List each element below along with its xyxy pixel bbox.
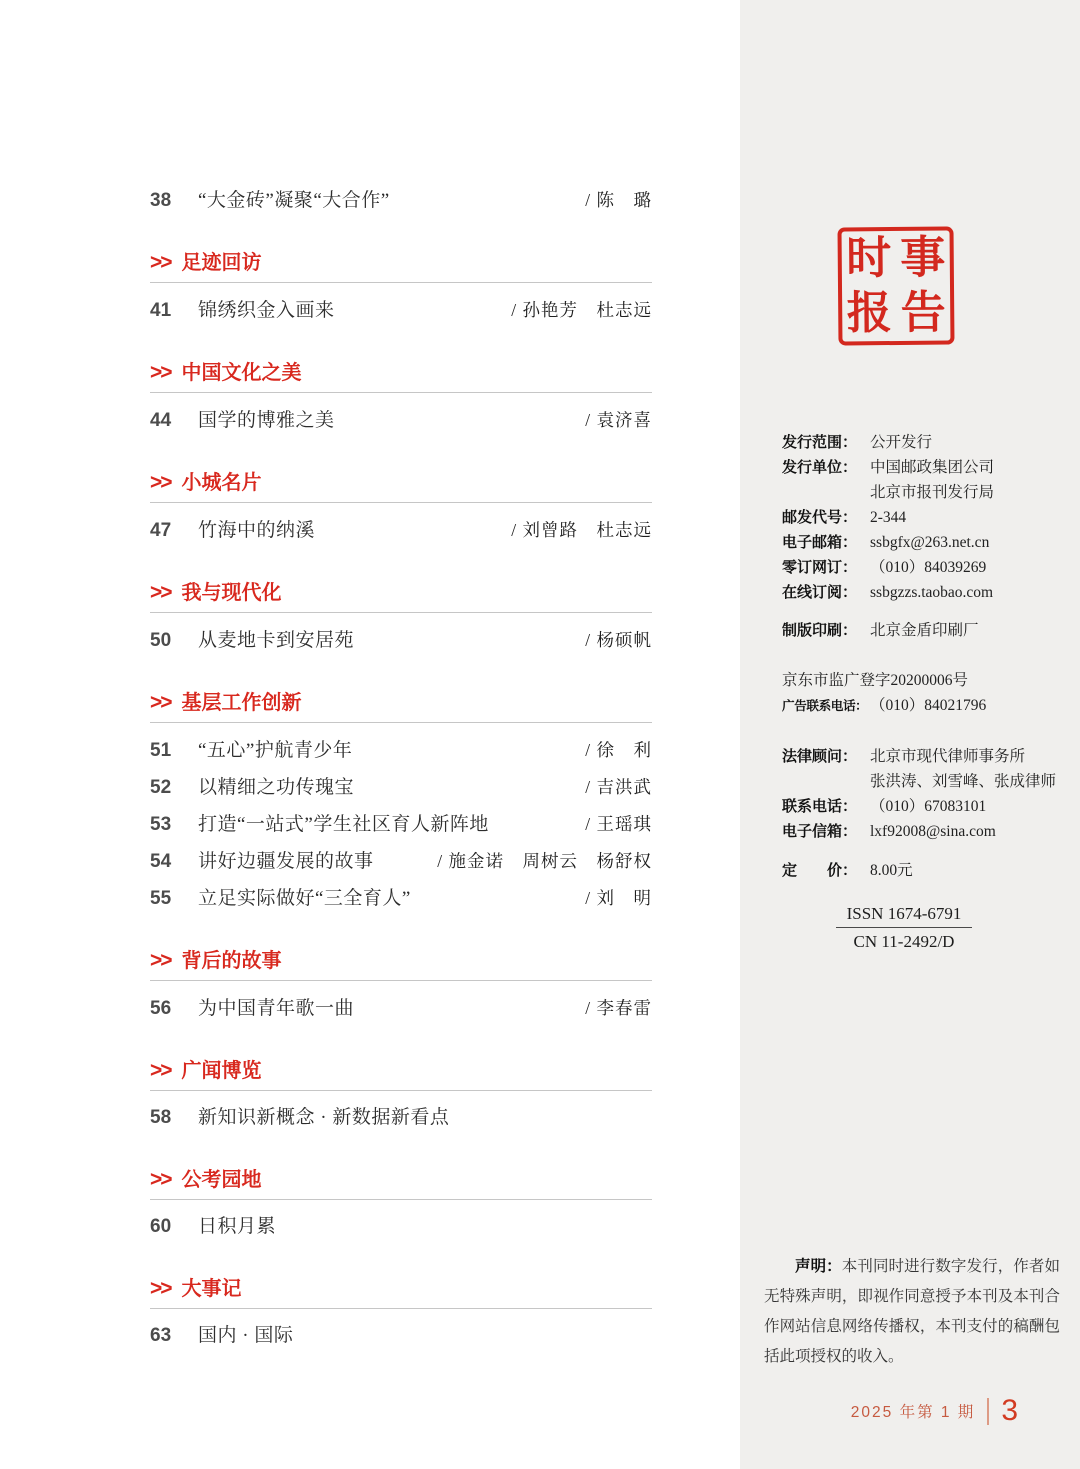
info-label: 在线订阅： <box>782 580 870 605</box>
info-value: 公开发行 <box>870 430 932 455</box>
magazine-toc-page: 38 “大金砖”凝聚“大合作” / 陈 璐 >> 足迹回访 41 锦绣织金入画来… <box>0 0 1080 1469</box>
masthead-panel: 时 事 报 告 发行范围： 公开发行 发行单位： 中国邮政集团公司 北京市报刊发… <box>740 0 1080 1469</box>
info-row: 京东市监广登字20200006号 <box>782 668 1062 693</box>
toc-entry: 63 国内 · 国际 <box>150 1325 652 1347</box>
section-divider <box>150 1199 652 1200</box>
seal-char: 告 <box>901 291 946 336</box>
entry-page-number: 58 <box>150 1107 198 1129</box>
entry-title: 为中国青年歌一曲 <box>198 998 585 1020</box>
section-divider <box>150 980 652 981</box>
section-divider <box>150 282 652 283</box>
info-row: 联系电话： （010）67083101 <box>782 794 1062 819</box>
seal-char: 报 <box>847 291 892 336</box>
info-row: 邮发代号： 2-344 <box>782 505 1062 530</box>
chevron-right-icon: >> <box>150 472 171 494</box>
copyright-statement: 声明：本刊同时进行数字发行，作者如无特殊声明，即视作同意授予本刊及本刊合作网站信… <box>764 1252 1060 1372</box>
entry-authors: / 王瑶琪 <box>585 813 652 835</box>
section-title: 大事记 <box>182 1278 242 1300</box>
entry-title: 国学的博雅之美 <box>198 410 585 432</box>
toc-entry: 47 竹海中的纳溪 / 刘曾路 杜志远 <box>150 519 652 542</box>
info-row: 零订网订： （010）84039269 <box>782 555 1062 580</box>
info-value: 2-344 <box>870 505 906 530</box>
section-divider <box>150 502 652 503</box>
chevron-right-icon: >> <box>150 1278 171 1300</box>
entry-authors: / 杨硕帆 <box>585 629 652 651</box>
toc-entry: 38 “大金砖”凝聚“大合作” / 陈 璐 <box>150 189 652 212</box>
toc-entry: 53 打造“一站式”学生社区育人新阵地 / 王瑶琪 <box>150 813 652 836</box>
entry-authors: / 李春雷 <box>585 997 652 1019</box>
toc-section: >> 中国文化之美 44 国学的博雅之美 / 袁济喜 <box>150 362 652 432</box>
info-value: （010）67083101 <box>870 794 986 819</box>
entry-title: 日积月累 <box>198 1216 652 1238</box>
entry-title: 竹海中的纳溪 <box>198 520 511 542</box>
section-header: >> 基层工作创新 <box>150 692 652 714</box>
entry-page-number: 38 <box>150 190 198 212</box>
entry-authors: / 刘曾路 杜志远 <box>511 519 652 541</box>
entry-title: 国内 · 国际 <box>198 1325 652 1347</box>
toc-entry: 44 国学的博雅之美 / 袁济喜 <box>150 409 652 432</box>
seal-char: 事 <box>900 236 945 281</box>
section-header: >> 足迹回访 <box>150 252 652 274</box>
printing-info-block: 制版印刷： 北京金盾印刷厂 <box>782 618 1062 643</box>
toc-entry: 55 立足实际做好“三全育人” / 刘 明 <box>150 887 652 910</box>
entry-page-number: 52 <box>150 777 198 799</box>
info-value: （010）84039269 <box>870 555 986 580</box>
seal-char: 时 <box>846 236 891 281</box>
cn-number: CN 11-2492/D <box>836 928 972 952</box>
statement-label: 声明： <box>795 1258 842 1275</box>
section-header: >> 中国文化之美 <box>150 362 652 384</box>
info-label: 制版印刷： <box>782 618 870 643</box>
section-divider <box>150 722 652 723</box>
section-title: 足迹回访 <box>182 252 262 274</box>
page-footer: 2025 年第 1 期 3 <box>851 1396 1018 1426</box>
toc-section: >> 公考园地 60 日积月累 <box>150 1169 652 1238</box>
info-row: 北京市报刊发行局 <box>782 480 1062 505</box>
chevron-right-icon: >> <box>150 252 171 274</box>
toc-section: >> 小城名片 47 竹海中的纳溪 / 刘曾路 杜志远 <box>150 472 652 542</box>
section-header: >> 小城名片 <box>150 472 652 494</box>
entry-title: 打造“一站式”学生社区育人新阵地 <box>198 814 585 836</box>
section-title: 广闻博览 <box>182 1060 262 1082</box>
entry-page-number: 44 <box>150 410 198 432</box>
info-row: 发行范围： 公开发行 <box>782 430 1062 455</box>
entry-page-number: 54 <box>150 851 198 873</box>
info-value: 张洪涛、刘雪峰、张成律师 <box>870 769 1056 794</box>
chevron-right-icon: >> <box>150 1169 171 1191</box>
section-divider <box>150 1090 652 1091</box>
section-title: 我与现代化 <box>182 582 282 604</box>
toc-section: 38 “大金砖”凝聚“大合作” / 陈 璐 <box>150 189 652 212</box>
entry-title: 新知识新概念 · 新数据新看点 <box>198 1107 652 1129</box>
section-divider <box>150 1308 652 1309</box>
footer-divider <box>987 1398 989 1425</box>
entry-title: 以精细之功传瑰宝 <box>198 777 585 799</box>
entry-authors: / 孙艳芳 杜志远 <box>511 299 652 321</box>
info-row: 张洪涛、刘雪峰、张成律师 <box>782 769 1062 794</box>
toc-section: >> 背后的故事 56 为中国青年歌一曲 / 李春雷 <box>150 950 652 1020</box>
issn-number: ISSN 1674-6791 <box>836 904 972 928</box>
info-row: 电子信箱： lxf92008@sina.com <box>782 819 1062 844</box>
section-header: >> 广闻博览 <box>150 1060 652 1082</box>
info-row: 广告联系电话： （010）84021796 <box>782 693 1062 719</box>
info-label: 发行范围： <box>782 430 870 455</box>
entry-page-number: 60 <box>150 1216 198 1238</box>
toc-entry: 52 以精细之功传瑰宝 / 吉洪武 <box>150 776 652 799</box>
section-title: 中国文化之美 <box>182 362 302 384</box>
info-value: 北京市现代律师事务所 <box>870 744 1025 769</box>
issue-label: 2025 年第 1 期 <box>851 1400 976 1422</box>
toc-section: >> 广闻博览 58 新知识新概念 · 新数据新看点 <box>150 1060 652 1129</box>
entry-title: 锦绣织金入画来 <box>198 300 511 322</box>
entry-authors: / 刘 明 <box>585 887 652 909</box>
toc-entry: 41 锦绣织金入画来 / 孙艳芳 杜志远 <box>150 299 652 322</box>
info-row: 制版印刷： 北京金盾印刷厂 <box>782 618 1062 643</box>
info-label: 邮发代号： <box>782 505 870 530</box>
magazine-seal-logo: 时 事 报 告 <box>837 226 954 345</box>
section-header: >> 大事记 <box>150 1278 652 1300</box>
toc-entry: 58 新知识新概念 · 新数据新看点 <box>150 1107 652 1129</box>
toc-entry: 60 日积月累 <box>150 1216 652 1238</box>
info-label: 零订网订： <box>782 555 870 580</box>
toc-section: >> 大事记 63 国内 · 国际 <box>150 1278 652 1347</box>
info-label: 电子信箱： <box>782 819 870 844</box>
entry-title: 立足实际做好“三全育人” <box>198 888 585 910</box>
chevron-right-icon: >> <box>150 362 171 384</box>
price-info-block: 定 价： 8.00元 <box>782 858 1062 883</box>
info-value: 北京金盾印刷厂 <box>870 618 979 643</box>
section-header: >> 公考园地 <box>150 1169 652 1191</box>
info-label: 电子邮箱： <box>782 530 870 555</box>
entry-title: 讲好边疆发展的故事 <box>198 851 437 873</box>
ad-license-number: 京东市监广登字20200006号 <box>782 668 968 693</box>
section-header: >> 背后的故事 <box>150 950 652 972</box>
info-value: lxf92008@sina.com <box>870 819 996 844</box>
price-value: 8.00元 <box>870 858 913 883</box>
section-title: 公考园地 <box>182 1169 262 1191</box>
entry-authors: / 袁济喜 <box>585 409 652 431</box>
info-row: 发行单位： 中国邮政集团公司 <box>782 455 1062 480</box>
entry-page-number: 53 <box>150 814 198 836</box>
toc-column: 38 “大金砖”凝聚“大合作” / 陈 璐 >> 足迹回访 41 锦绣织金入画来… <box>150 173 652 1347</box>
section-divider <box>150 612 652 613</box>
entry-page-number: 51 <box>150 740 198 762</box>
info-value: ssbgzzs.taobao.com <box>870 580 993 605</box>
info-label: 联系电话： <box>782 794 870 819</box>
toc-section: >> 足迹回访 41 锦绣织金入画来 / 孙艳芳 杜志远 <box>150 252 652 322</box>
chevron-right-icon: >> <box>150 1060 171 1082</box>
toc-section: >> 我与现代化 50 从麦地卡到安居苑 / 杨硕帆 <box>150 582 652 652</box>
info-row: 在线订阅： ssbgzzs.taobao.com <box>782 580 1062 605</box>
info-label: 广告联系电话： <box>782 694 870 719</box>
legal-info-block: 法律顾问： 北京市现代律师事务所 张洪涛、刘雪峰、张成律师 联系电话： （010… <box>782 744 1062 844</box>
info-value: （010）84021796 <box>870 693 986 718</box>
section-title: 基层工作创新 <box>182 692 302 714</box>
entry-authors: / 徐 利 <box>585 739 652 761</box>
section-title: 背后的故事 <box>182 950 282 972</box>
chevron-right-icon: >> <box>150 582 171 604</box>
info-value: 北京市报刊发行局 <box>870 480 994 505</box>
info-label: 法律顾问： <box>782 744 870 769</box>
entry-page-number: 47 <box>150 520 198 542</box>
toc-entry: 50 从麦地卡到安居苑 / 杨硕帆 <box>150 629 652 652</box>
entry-page-number: 50 <box>150 630 198 652</box>
distribution-info-block: 发行范围： 公开发行 发行单位： 中国邮政集团公司 北京市报刊发行局 邮发代号：… <box>782 430 1062 605</box>
entry-page-number: 63 <box>150 1325 198 1347</box>
toc-entry: 54 讲好边疆发展的故事 / 施金诺 周树云 杨舒权 <box>150 850 652 873</box>
entry-authors: / 施金诺 周树云 杨舒权 <box>437 850 652 872</box>
info-value: 中国邮政集团公司 <box>870 455 994 480</box>
info-row: 电子邮箱： ssbgfx@263.net.cn <box>782 530 1062 555</box>
chevron-right-icon: >> <box>150 950 171 972</box>
section-header: >> 我与现代化 <box>150 582 652 604</box>
entry-title: “五心”护航青少年 <box>198 740 585 762</box>
entry-title: “大金砖”凝聚“大合作” <box>198 190 585 212</box>
info-label: 定 价： <box>782 858 870 883</box>
entry-page-number: 41 <box>150 300 198 322</box>
toc-section: >> 基层工作创新 51 “五心”护航青少年 / 徐 利 52 以精细之功传瑰宝… <box>150 692 652 910</box>
entry-authors: / 陈 璐 <box>585 189 652 211</box>
info-value: ssbgfx@263.net.cn <box>870 530 989 555</box>
page-number: 3 <box>1001 1396 1018 1426</box>
section-divider <box>150 392 652 393</box>
entry-authors: / 吉洪武 <box>585 776 652 798</box>
info-label: 发行单位： <box>782 455 870 480</box>
section-title: 小城名片 <box>182 472 262 494</box>
info-row: 定 价： 8.00元 <box>782 858 1062 883</box>
toc-entry: 56 为中国青年歌一曲 / 李春雷 <box>150 997 652 1020</box>
info-row: 法律顾问： 北京市现代律师事务所 <box>782 744 1062 769</box>
ad-info-block: 京东市监广登字20200006号 广告联系电话： （010）84021796 <box>782 668 1062 719</box>
toc-entry: 51 “五心”护航青少年 / 徐 利 <box>150 739 652 762</box>
chevron-right-icon: >> <box>150 692 171 714</box>
issn-block: ISSN 1674-6791 CN 11-2492/D <box>836 904 972 952</box>
entry-page-number: 55 <box>150 888 198 910</box>
entry-title: 从麦地卡到安居苑 <box>198 630 585 652</box>
entry-page-number: 56 <box>150 998 198 1020</box>
